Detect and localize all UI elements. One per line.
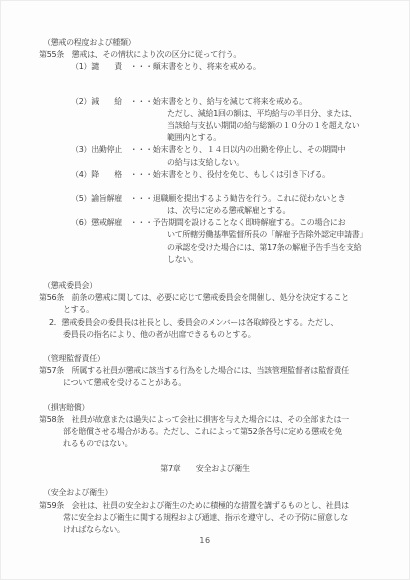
article-56-paragraph-2-cont-1: 委員長の指名により、他の者が出席できるものとする。 <box>63 329 389 341</box>
article-57-heading: 第57条 所属する社員が懲戒に該当する行為をした場合には、当該管理監督者は監督責… <box>39 365 389 377</box>
section-label-safety: （安全および衛生） <box>43 487 389 499</box>
article-55-item-2-cont-3: 範囲内とする。 <box>167 132 389 144</box>
spacer <box>39 74 389 96</box>
article-55-item-5-cont-1: は、次号に定める懲戒解雇とする。 <box>167 205 389 217</box>
article-56-cont-1: とする。 <box>63 304 389 316</box>
article-59-heading: 第59条 会社は、社員の安全および衛生のために積極的な措置を講ずるものとし、社員… <box>39 500 389 512</box>
page-number: 16 <box>1 536 409 545</box>
article-55-item-2-cont-1: ただし、減給1回の額は、平均給与の半日分、または、 <box>167 108 389 120</box>
spacer <box>39 341 389 353</box>
article-55-item-4: （4）降 格 ・・・始末書をとり、役付を免じ、もしくは引き下げる。 <box>71 169 389 181</box>
article-55-item-3: （3）出勤停止 ・・・始末書をとり、１４日以内の出勤を停止し、その期間中 <box>71 144 389 156</box>
spacer <box>39 181 389 193</box>
document-page: （懲戒の程度および種類） 第55条 懲戒は、その情状により次の区分に従って行う。… <box>0 0 410 580</box>
spacer <box>39 390 389 402</box>
article-57-cont-1: について懲戒を受けることがある。 <box>63 377 389 389</box>
chapter-7-heading: 第7章 安全および衛生 <box>21 463 389 475</box>
article-55-item-2: （2）減 給 ・・・始末書をとり、給与を減じて将来を戒める。 <box>71 96 389 108</box>
spacer <box>39 450 389 463</box>
article-55-item-6: （6）懲戒解雇 ・・・予告期間を設けることなく即時解雇する。この場合にお <box>71 217 389 229</box>
section-label-discipline-types: （懲戒の程度および種類） <box>43 37 389 49</box>
spacer <box>39 266 389 280</box>
article-55-item-1: （1）譴 責 ・・・顛末書をとり、将来を戒める。 <box>71 61 389 73</box>
section-label-discipline-committee: （懲戒委員会） <box>43 280 389 292</box>
article-58-cont-1: 部を賠償させる場合がある。ただし、これによって第52条各号に定める懲戒を免 <box>63 426 389 438</box>
article-55-item-2-cont-2: 当該給与支払い期間の給与総額の１０分の１を超えない <box>167 120 389 132</box>
article-55-heading: 第55条 懲戒は、その情状により次の区分に従って行う。 <box>39 49 389 61</box>
section-label-damages: （損害賠償） <box>43 402 389 414</box>
article-59-cont-1: 常に安全および衛生に関する規程および通達、指示を遵守し、その予防に留意しな <box>63 512 389 524</box>
article-56-paragraph-2: 2．懲戒委員会の委員長は社長とし、委員会のメンバーは各取締役とする。ただし、 <box>49 317 389 329</box>
article-55-item-6-cont-3: しない。 <box>167 254 389 266</box>
article-58-cont-2: れるものではない。 <box>63 438 389 450</box>
article-55-item-3-cont-1: の給与は支給しない。 <box>167 157 389 169</box>
document-body: （懲戒の程度および種類） 第55条 懲戒は、その情状により次の区分に従って行う。… <box>1 1 409 536</box>
article-58-heading: 第58条 社員が故意または過失によって会社に損害を与えた場合には、その全部または… <box>39 414 389 426</box>
article-55-item-6-cont-2: の承認を受けた場合には、第17条の解雇予告手当を支給 <box>167 242 389 254</box>
article-55-item-5: （5）諭旨解雇 ・・・退職願を提出するよう勧告を行う。これに従わないとき <box>71 193 389 205</box>
article-56-heading: 第56条 前条の懲戒に関しては、必要に応じて懲戒委員会を開催し、処分を決定するこ… <box>39 292 389 304</box>
section-label-supervision: （管理監督責任） <box>43 353 389 365</box>
article-55-item-6-cont-1: いて所轄労働基準監督所長の「解雇予告除外認定申請書」 <box>167 229 389 241</box>
article-59-cont-2: ければならない。 <box>63 524 389 536</box>
spacer <box>39 475 389 487</box>
